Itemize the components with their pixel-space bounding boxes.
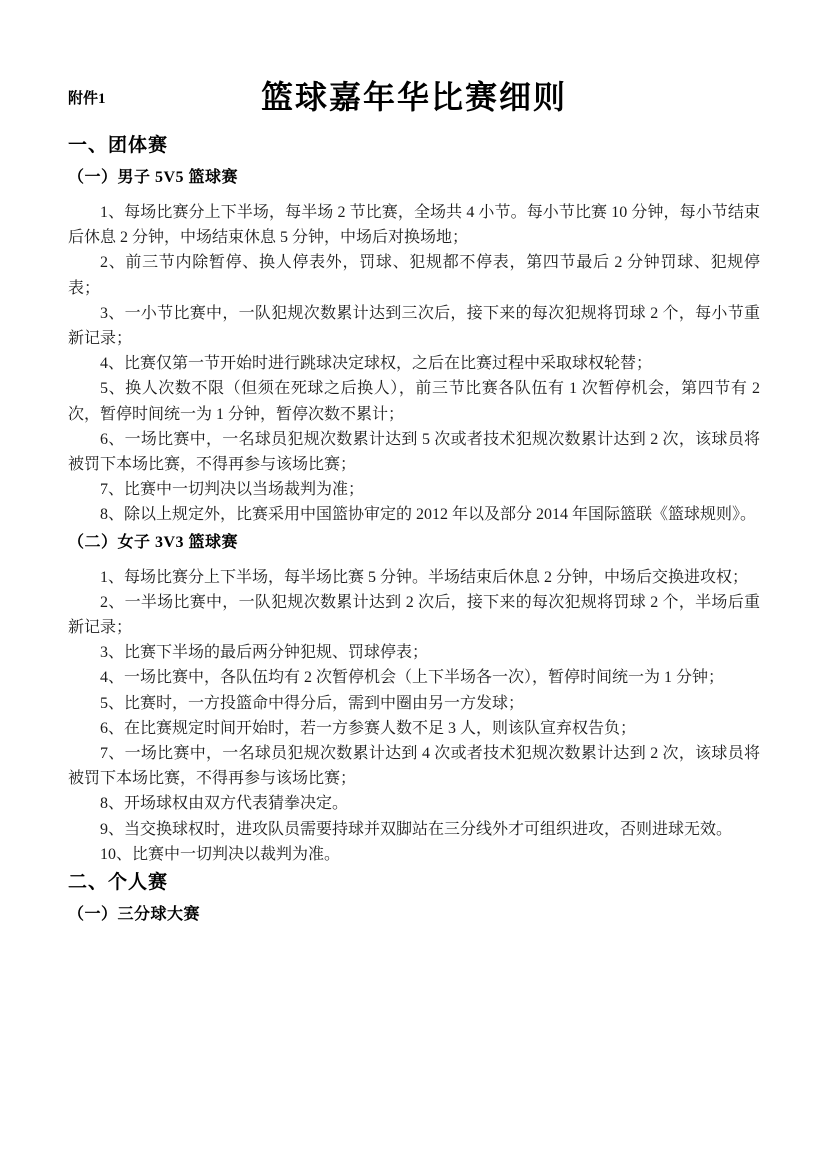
rule-paragraph: 4、比赛仅第一节开始时进行跳球决定球权，之后在比赛过程中采取球权轮替；: [68, 351, 760, 376]
document-page: 附件1 篮球嘉年华比赛细则 一、团体赛 （一）男子 5V5 篮球赛 1、每场比赛…: [0, 0, 827, 1169]
rule-paragraph: 5、比赛时，一方投篮命中得分后，需到中圈由另一方发球；: [68, 691, 760, 716]
rule-paragraph: 8、开场球权由双方代表猜拳决定。: [68, 791, 760, 816]
attachment-label: 附件1: [68, 90, 106, 108]
rule-paragraph: 3、比赛下半场的最后两分钟犯规、罚球停表；: [68, 640, 760, 665]
sub-heading-mens-5v5: （一）男子 5V5 篮球赛: [68, 168, 760, 187]
sub-heading-three-point-contest: （一）三分球大赛: [68, 905, 760, 924]
section-heading-individual-competition: 二、个人赛: [68, 873, 760, 893]
section-heading-team-competition: 一、团体赛: [68, 136, 760, 156]
rule-paragraph: 9、当交换球权时，进攻队员需要持球并双脚站在三分线外才可组织进攻，否则进球无效。: [68, 817, 760, 842]
rule-paragraph: 5、换人次数不限（但须在死球之后换人），前三节比赛各队伍有 1 次暂停机会，第四…: [68, 376, 760, 426]
rule-paragraph: 2、前三节内除暂停、换人停表外，罚球、犯规都不停表，第四节最后 2 分钟罚球、犯…: [68, 250, 760, 300]
rule-paragraph: 1、每场比赛分上下半场，每半场 2 节比赛，全场共 4 小节。每小节比赛 10 …: [68, 200, 760, 250]
rule-paragraph: 2、一半场比赛中，一队犯规次数累计达到 2 次后，接下来的每次犯规将罚球 2 个…: [68, 590, 760, 640]
sub-heading-womens-3v3: （二）女子 3V3 篮球赛: [68, 533, 760, 552]
rule-paragraph: 6、一场比赛中，一名球员犯规次数累计达到 5 次或者技术犯规次数累计达到 2 次…: [68, 427, 760, 477]
rule-paragraph: 10、比赛中一切判决以裁判为准。: [68, 842, 760, 867]
rule-paragraph: 7、比赛中一切判决以当场裁判为准；: [68, 477, 760, 502]
rule-paragraph: 3、一小节比赛中，一队犯规次数累计达到三次后，接下来的每次犯规将罚球 2 个，每…: [68, 301, 760, 351]
rule-paragraph: 1、每场比赛分上下半场，每半场比赛 5 分钟。半场结束后休息 2 分钟，中场后交…: [68, 565, 760, 590]
rule-paragraph: 6、在比赛规定时间开始时，若一方参赛人数不足 3 人，则该队宣弃权告负；: [68, 716, 760, 741]
rule-paragraph: 8、除以上规定外，比赛采用中国篮协审定的 2012 年以及部分 2014 年国际…: [68, 502, 760, 527]
rule-paragraph: 4、一场比赛中，各队伍均有 2 次暂停机会（上下半场各一次），暂停时间统一为 1…: [68, 665, 760, 690]
page-title: 篮球嘉年华比赛细则: [68, 78, 760, 116]
rule-paragraph: 7、一场比赛中，一名球员犯规次数累计达到 4 次或者技术犯规次数累计达到 2 次…: [68, 741, 760, 791]
document-header: 附件1 篮球嘉年华比赛细则: [68, 78, 760, 116]
